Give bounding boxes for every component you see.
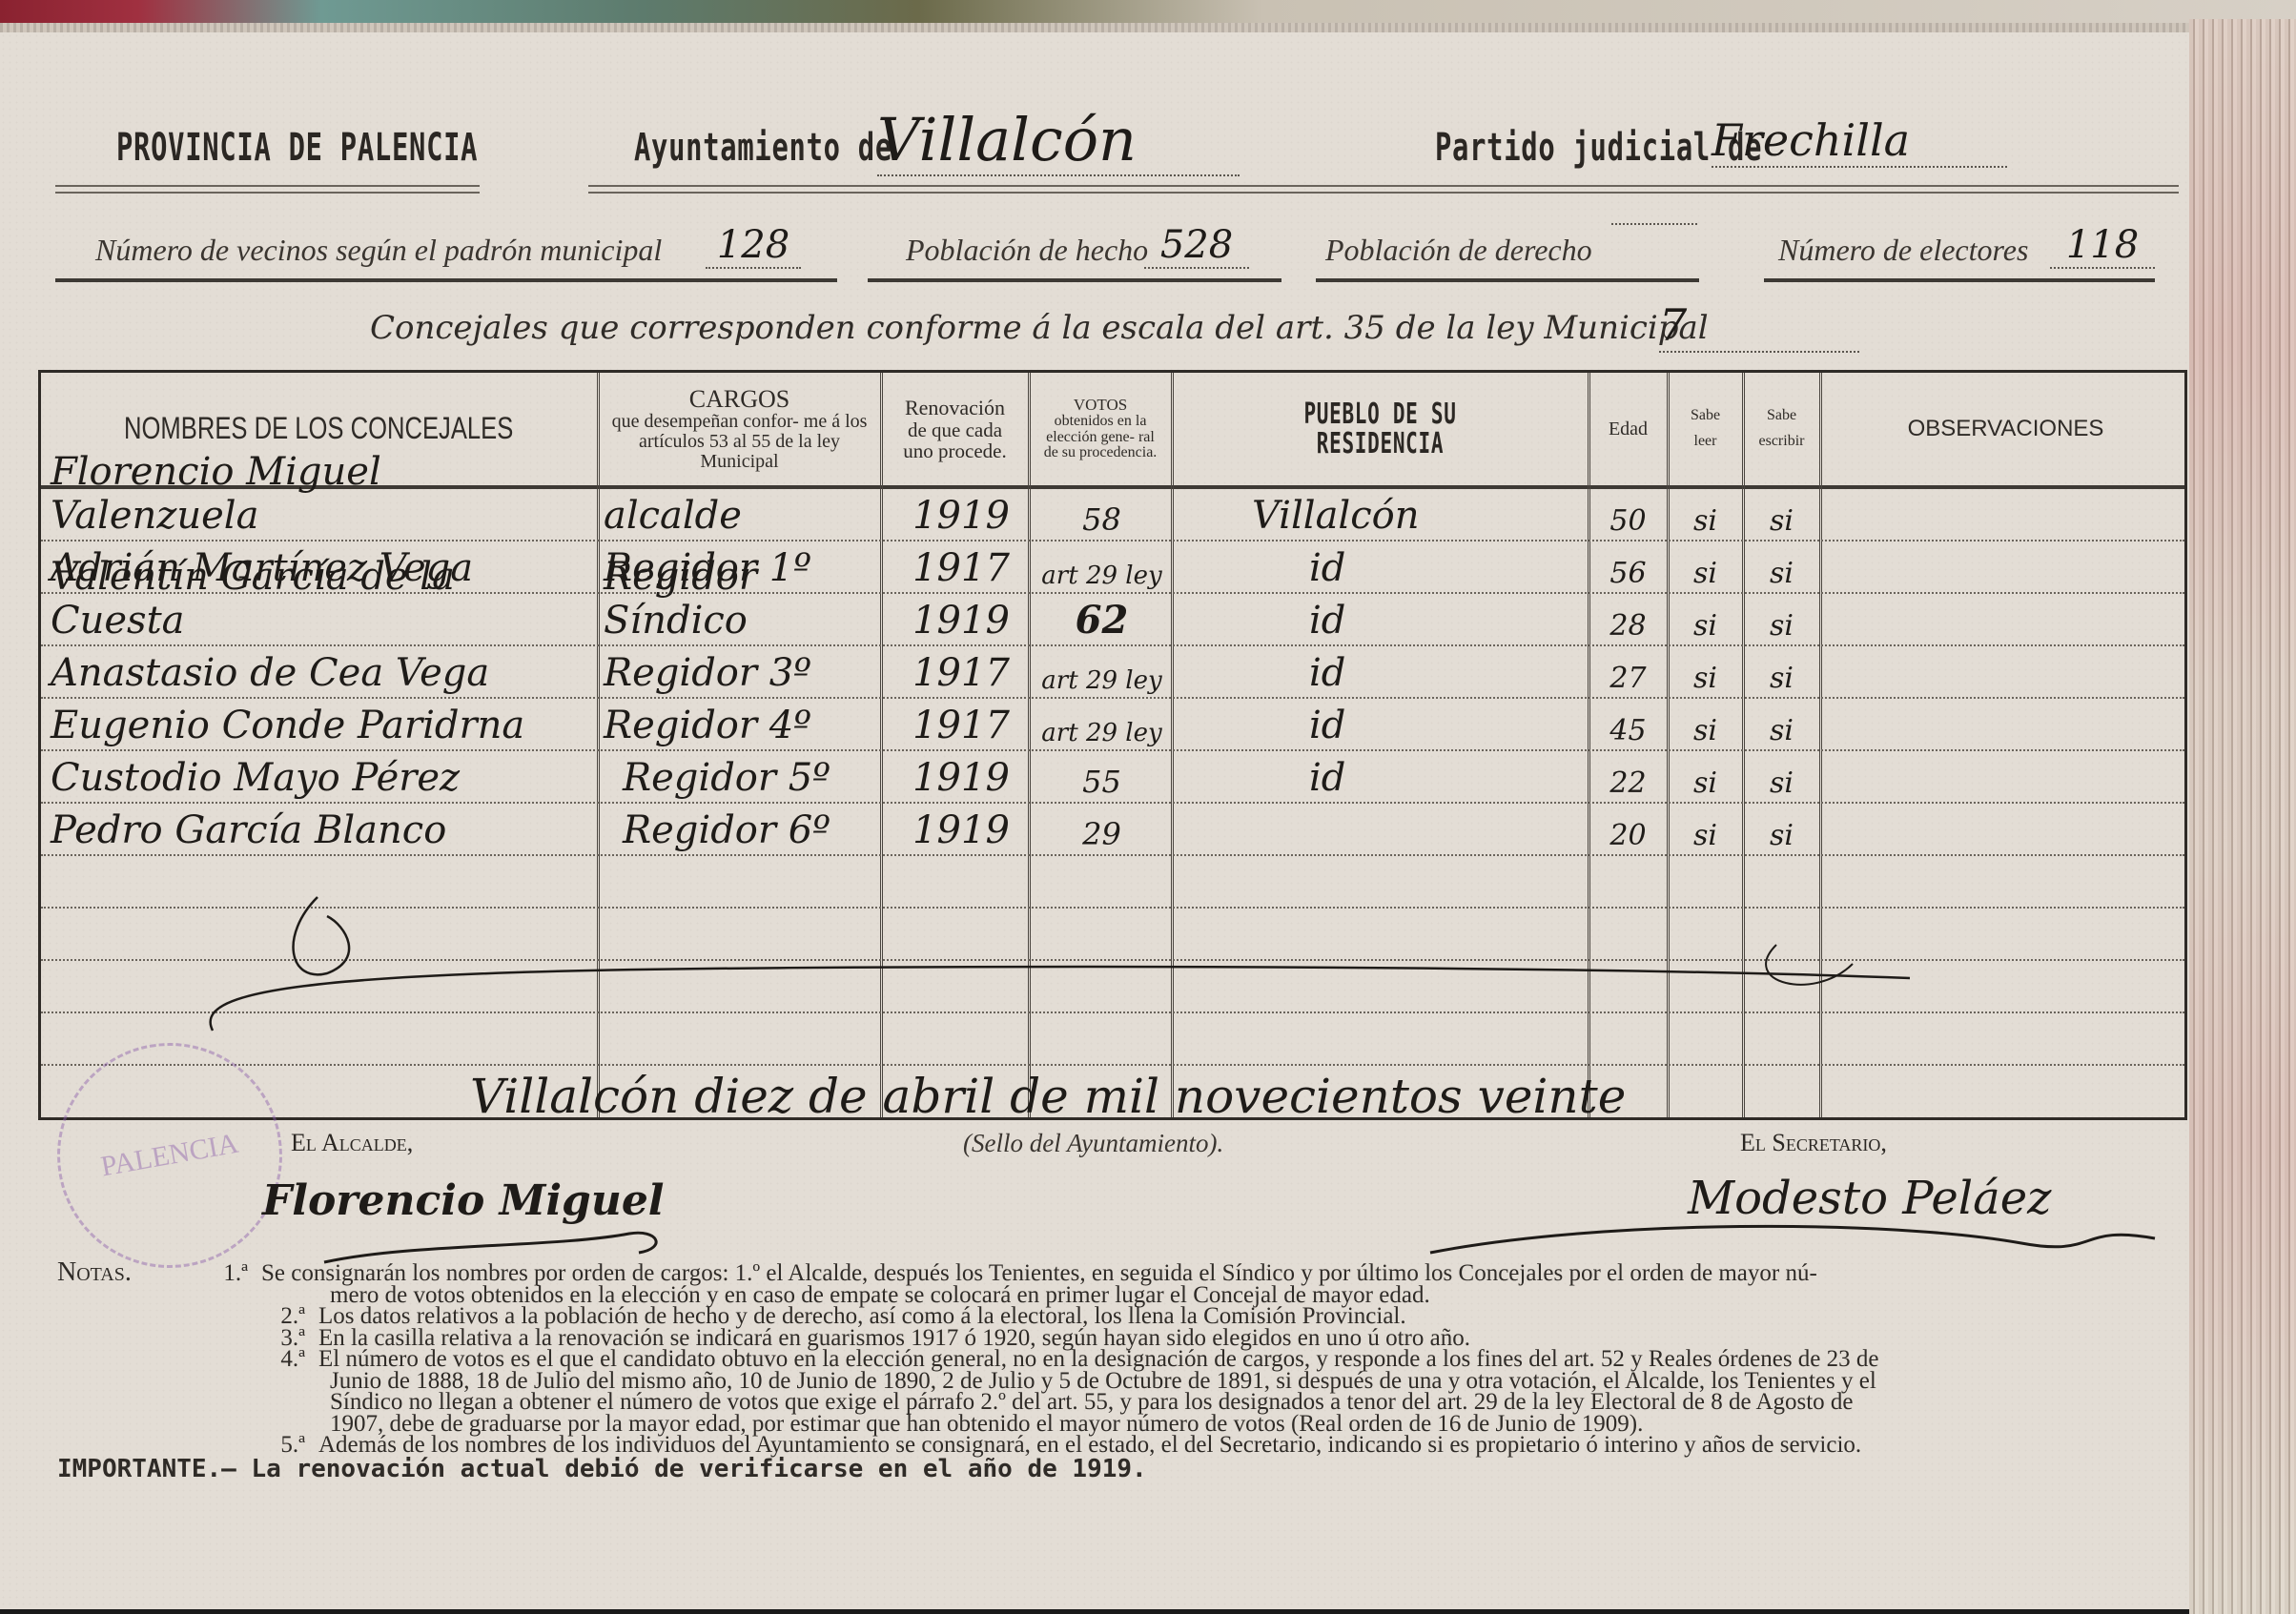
divider [868, 278, 1281, 282]
derecho-value [1611, 223, 1697, 225]
electores-label: Número de electores [1778, 233, 2028, 268]
closing-flourish-icon [41, 849, 2190, 1059]
cell-pueblo: id [1309, 751, 1586, 804]
derecho-label: Población de derecho [1325, 233, 1592, 268]
place-date: Villalcón diez de abril de mil novecient… [470, 1069, 1626, 1124]
partido-value: Frechilla [1712, 114, 2007, 168]
hecho-label: Población de hecho [906, 233, 1148, 268]
header-sub: leer [1694, 434, 1717, 450]
col-header-cargo: CARGOS que desempeñan confor- me á los a… [599, 373, 880, 485]
divider [1316, 278, 1699, 282]
cell-observaciones [1821, 751, 2190, 804]
cell-nombre: Florencio Miguel Valenzuela [51, 489, 594, 541]
cell-votos: 29 [1033, 804, 1171, 856]
cell-cargo: Regidor 6º [623, 804, 880, 856]
note-5: 5.ªAdemás de los nombres de los individu… [57, 1435, 2183, 1457]
cell-edad: 56 [1589, 541, 1667, 594]
header-label: PUEBLO DE SU RESIDENCIA [1235, 399, 1526, 460]
cell-votos: 58 [1033, 489, 1171, 541]
cell-pueblo: id [1309, 699, 1586, 751]
cell-renovacion: 1917 [899, 699, 1023, 751]
cell-escribir: si [1744, 699, 1819, 751]
cell-edad: 50 [1589, 489, 1667, 541]
secretario-label: El Secretario, [1740, 1129, 1887, 1157]
col-header-votos: VOTOS obtenidos en la elección gene- ral… [1030, 373, 1171, 485]
cell-pueblo [1309, 804, 1586, 856]
cell-observaciones [1821, 541, 2190, 594]
cell-escribir: si [1744, 594, 1819, 646]
cell-renovacion: 1919 [899, 751, 1023, 804]
cell-leer: si [1669, 594, 1742, 646]
note-text: Además de los nombres de los individuos … [318, 1432, 1861, 1458]
header-label: CARGOS [689, 386, 789, 412]
divider [1387, 185, 2179, 194]
cell-edad: 20 [1589, 804, 1667, 856]
cell-escribir: si [1744, 751, 1819, 804]
cell-escribir: si [1744, 804, 1819, 856]
cell-leer: si [1669, 489, 1742, 541]
divider [55, 185, 480, 194]
header-label: Sabe [1767, 408, 1796, 424]
cell-observaciones [1821, 646, 2190, 699]
alcalde-signature: Florencio Miguel [262, 1176, 665, 1225]
header-label: NOMBRES DE LOS CONCEJALES [124, 413, 513, 445]
form-page: PROVINCIA DE PALENCIA Ayuntamiento de Vi… [0, 32, 2189, 1609]
cell-votos: art 29 ley [1033, 646, 1171, 699]
cell-cargo: alcalde [604, 489, 880, 541]
col-header-leer: Sabe leer [1669, 373, 1742, 485]
note-number: 4.ª [257, 1349, 305, 1371]
cell-renovacion: 1919 [899, 804, 1023, 856]
cell-cargo: Regidor 5º [623, 751, 880, 804]
notes-label: Notas. [57, 1262, 200, 1284]
col-header-pueblo: PUEBLO DE SU RESIDENCIA [1173, 373, 1588, 485]
note-1: Notas.1.ªSe consignarán los nombres por … [57, 1262, 2183, 1285]
cell-cargo: Regidor 4º [604, 699, 880, 751]
seal-text: PALENCIA [98, 1128, 240, 1184]
header-sub: escribir [1759, 434, 1805, 450]
important-notice: IMPORTANTE.— La renovación actual debió … [57, 1459, 2183, 1481]
cell-escribir: si [1744, 489, 1819, 541]
divider [1764, 278, 2155, 282]
vecinos-label: Número de vecinos según el padrón munici… [95, 233, 662, 268]
cell-leer: si [1669, 804, 1742, 856]
cell-renovacion: 1917 [899, 646, 1023, 699]
header-label: OBSERVACIONES [1908, 417, 2104, 440]
cell-votos: art 29 ley [1033, 699, 1171, 751]
cell-leer: si [1669, 541, 1742, 594]
cell-escribir: si [1744, 646, 1819, 699]
header-label: VOTOS [1074, 397, 1127, 414]
cell-nombre: Pedro García Blanco [51, 804, 594, 856]
cell-nombre: Valentín García de la Cuesta [51, 594, 594, 646]
note-number: 5.ª [257, 1435, 305, 1457]
cell-cargo: Regidor Síndico [604, 594, 880, 646]
cell-pueblo: id [1309, 594, 1586, 646]
cell-nombre: Eugenio Conde Paridrna [51, 699, 594, 751]
cell-observaciones [1821, 594, 2190, 646]
cell-leer: si [1669, 699, 1742, 751]
electores-value: 118 [2050, 223, 2155, 269]
note-number: 1.ª [200, 1263, 248, 1285]
cell-observaciones [1821, 699, 2190, 751]
book-right-edge [2189, 19, 2296, 1614]
col-header-edad: Edad [1589, 373, 1667, 485]
cell-observaciones [1821, 489, 2190, 541]
row-line [41, 1064, 2184, 1066]
cell-edad: 22 [1589, 751, 1667, 804]
sello-label: (Sello del Ayuntamiento). [963, 1129, 1223, 1158]
book-top-edge [0, 0, 2296, 34]
cell-cargo: Regidor 3º [604, 646, 880, 699]
cell-edad: 28 [1589, 594, 1667, 646]
header-sub: de que cada uno procede. [903, 419, 1008, 461]
header-label: Renovación [905, 397, 1005, 419]
cell-escribir: si [1744, 541, 1819, 594]
col-header-renovacion: Renovación de que cada uno procede. [882, 373, 1028, 485]
header-label: Edad [1609, 419, 1648, 439]
cell-votos: 62 [1033, 594, 1171, 646]
header-sub: obtenidos en la elección gene- ral de su… [1038, 414, 1162, 461]
cell-nombre: Custodio Mayo Pérez [51, 751, 594, 804]
cell-leer: si [1669, 751, 1742, 804]
alcalde-label: El Alcalde, [291, 1129, 413, 1157]
province-title: PROVINCIA DE PALENCIA [116, 126, 478, 170]
header-sub: que desempeñan confor- me á los artículo… [606, 412, 873, 472]
col-header-observaciones: OBSERVACIONES [1821, 373, 2190, 485]
ayuntamiento-label: Ayuntamiento de [634, 126, 892, 170]
cell-renovacion: 1917 [899, 541, 1023, 594]
notes-section: Notas.1.ªSe consignarán los nombres por … [57, 1262, 2183, 1480]
divider [588, 185, 1427, 194]
cell-pueblo: id [1309, 646, 1586, 699]
vecinos-value: 128 [706, 223, 801, 269]
divider [55, 278, 837, 282]
cell-votos: 55 [1033, 751, 1171, 804]
cell-observaciones [1821, 804, 2190, 856]
hecho-value: 528 [1144, 223, 1249, 269]
concejales-table: NOMBRES DE LOS CONCEJALES CARGOS que des… [38, 370, 2187, 1120]
cell-votos: art 29 ley [1033, 541, 1171, 594]
cell-renovacion: 1919 [899, 489, 1023, 541]
cell-pueblo: Villalcón [1252, 489, 1586, 541]
header-label: Sabe [1691, 408, 1720, 424]
cell-edad: 27 [1589, 646, 1667, 699]
col-header-escribir: Sabe escribir [1744, 373, 1819, 485]
cell-pueblo: id [1309, 541, 1586, 594]
ayuntamiento-value: Villalcón [877, 105, 1240, 176]
cell-renovacion: 1919 [899, 594, 1023, 646]
cell-edad: 45 [1589, 699, 1667, 751]
concejales-value: 7 [1659, 299, 1859, 353]
cell-leer: si [1669, 646, 1742, 699]
concejales-label: Concejales que corresponden conforme á l… [370, 309, 1709, 347]
cell-nombre: Anastasio de Cea Vega [51, 646, 594, 699]
